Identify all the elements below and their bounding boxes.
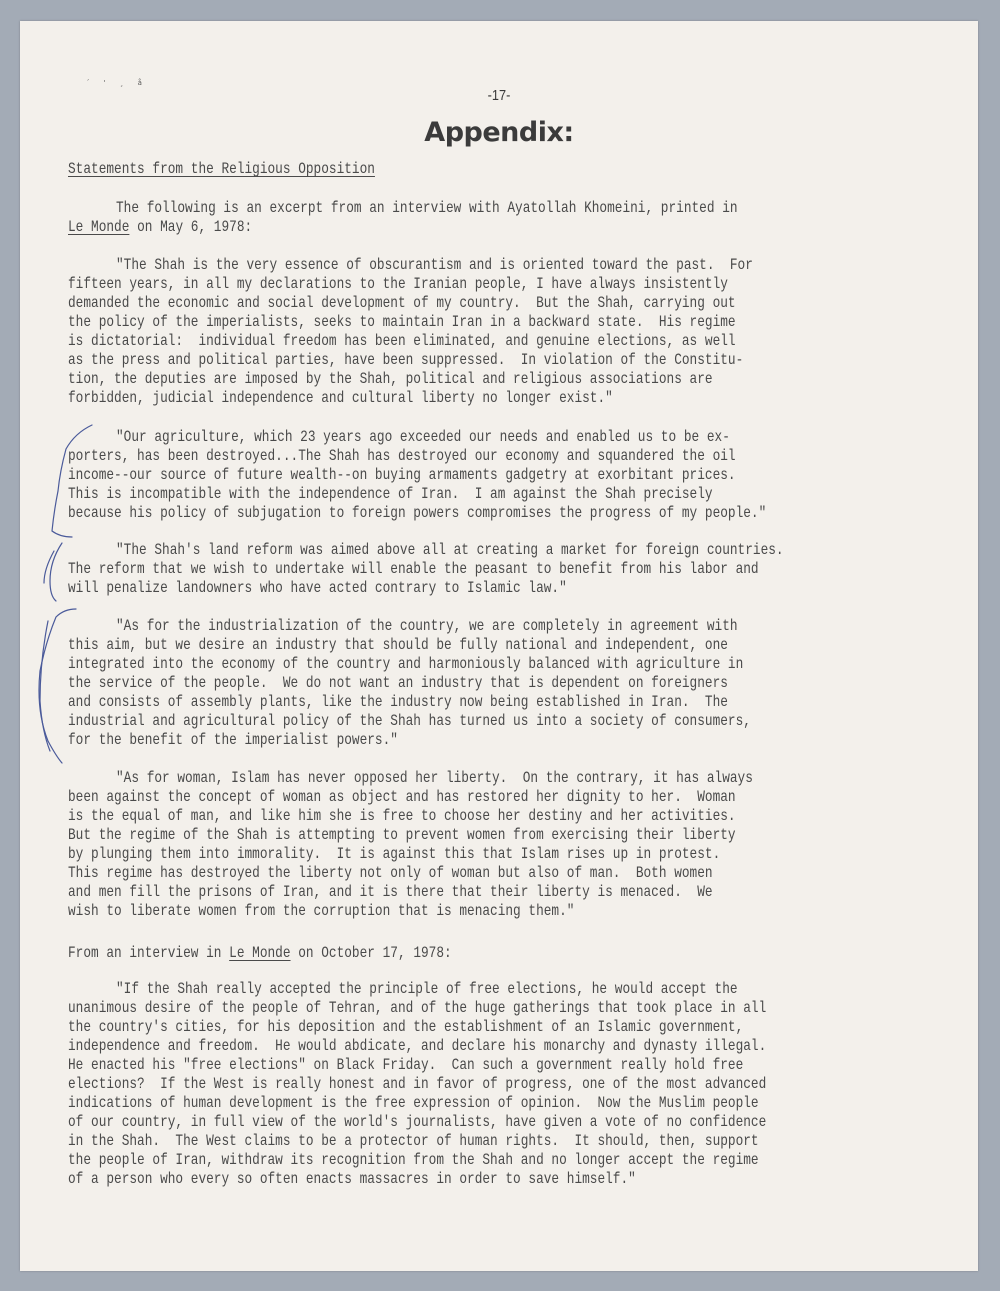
- pen-bracket-icon: [39, 609, 76, 763]
- pen-bracket-icon: [50, 543, 62, 601]
- pen-bracket-annotations: [20, 21, 978, 1271]
- document-page: ´ ' ¸ å -17- Appendix: Statements from t…: [20, 21, 978, 1271]
- pen-bracket-icon: [52, 425, 92, 537]
- pen-bracket-icon: [44, 551, 54, 583]
